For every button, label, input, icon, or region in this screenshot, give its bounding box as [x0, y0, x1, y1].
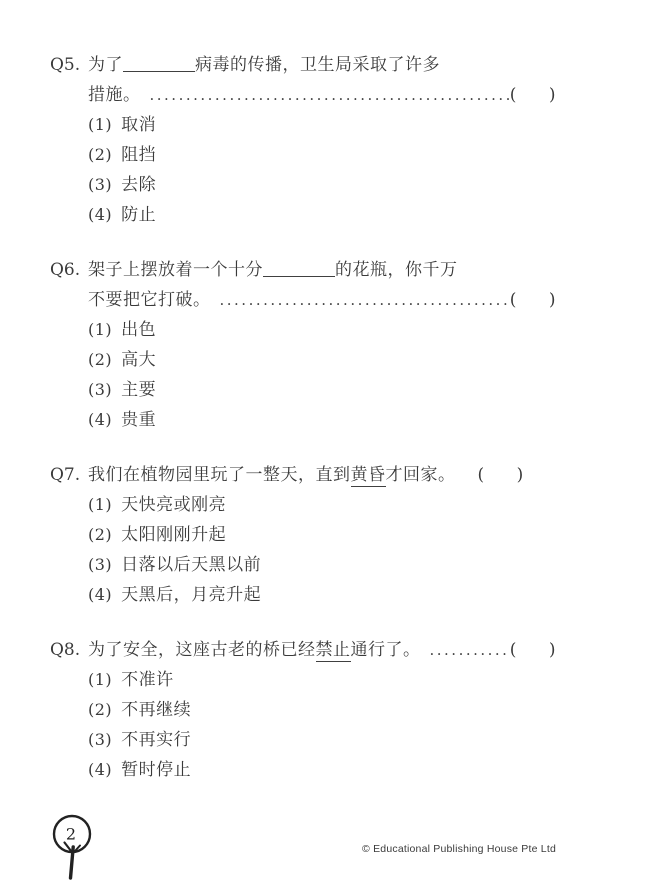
option-text: 不准许	[121, 670, 174, 690]
question-label: Q7.	[50, 460, 88, 490]
option-number: (1)	[88, 315, 112, 345]
option-number: (1)	[88, 110, 112, 140]
option-row: (2)高大	[88, 345, 556, 375]
question-q7: Q7. 我们在植物园里玩了一整天，直到黄昏才回家。() (1)天快亮或刚亮 (2…	[50, 460, 556, 610]
blank-underline	[263, 276, 335, 277]
question-line-2: 措施。 ....................................…	[88, 80, 556, 110]
option-number: (4)	[88, 755, 112, 785]
answer-bracket: ()	[510, 285, 556, 315]
option-number: (4)	[88, 405, 112, 435]
option-row: (1)取消	[88, 110, 556, 140]
bracket-open: (	[510, 640, 517, 660]
option-row: (3)去除	[88, 170, 556, 200]
option-row: (4)防止	[88, 200, 556, 230]
option-text: 去除	[121, 175, 156, 195]
question-q5: Q5. 为了病毒的传播，卫生局采取了许多 措施。 ...............…	[50, 50, 556, 230]
underlined-word: 黄昏	[351, 465, 386, 487]
question-line-1: 为了病毒的传播，卫生局采取了许多	[88, 50, 556, 80]
question-text: 措施。	[88, 80, 141, 110]
question-text: 为了安全，这座古老的桥已经禁止通行了。	[88, 635, 421, 665]
question-q6: Q6. 架子上摆放着一个十分的花瓶，你千万 不要把它打破。 ..........…	[50, 255, 556, 435]
bracket-close: )	[549, 85, 556, 105]
option-text: 不再实行	[121, 730, 191, 750]
tree-logo: 2	[46, 812, 98, 884]
question-text: 为了安全，这座古老的桥已经	[88, 640, 316, 660]
option-number: (3)	[88, 375, 112, 405]
dotted-leader: ........................................…	[430, 635, 510, 665]
question-label: Q6.	[50, 255, 88, 285]
question-line-1: 我们在植物园里玩了一整天，直到黄昏才回家。()	[88, 460, 556, 490]
option-number: (2)	[88, 345, 112, 375]
question-text: 通行了。	[351, 640, 421, 660]
blank-underline	[123, 71, 195, 72]
option-text: 天快亮或刚亮	[121, 495, 226, 515]
worksheet-page: Q5. 为了病毒的传播，卫生局采取了许多 措施。 ...............…	[50, 50, 556, 810]
option-row: (1)不准许	[88, 665, 556, 695]
answer-bracket: ()	[510, 80, 556, 110]
option-text: 高大	[121, 350, 156, 370]
question-text: 架子上摆放着一个十分	[88, 260, 263, 280]
option-text: 出色	[121, 320, 156, 340]
question-line-2: 不要把它打破。 ................................…	[88, 285, 556, 315]
bracket-open: (	[478, 465, 485, 485]
question-text: 不要把它打破。	[88, 285, 211, 315]
question-line-1: 架子上摆放着一个十分的花瓶，你千万	[88, 255, 556, 285]
question-body: 为了病毒的传播，卫生局采取了许多 措施。 ...................…	[88, 50, 556, 230]
option-number: (3)	[88, 725, 112, 755]
option-row: (1)出色	[88, 315, 556, 345]
option-text: 主要	[121, 380, 156, 400]
option-text: 阻挡	[121, 145, 156, 165]
option-number: (1)	[88, 490, 112, 520]
option-number: (1)	[88, 665, 112, 695]
option-number: (2)	[88, 695, 112, 725]
question-body: 架子上摆放着一个十分的花瓶，你千万 不要把它打破。 ..............…	[88, 255, 556, 435]
dotted-leader: ........................................…	[150, 80, 510, 110]
option-text: 太阳刚刚升起	[121, 525, 226, 545]
question-body: 我们在植物园里玩了一整天，直到黄昏才回家。() (1)天快亮或刚亮 (2)太阳刚…	[88, 460, 556, 610]
option-row: (4)暂时停止	[88, 755, 556, 785]
copyright-text: © Educational Publishing House Pte Ltd	[362, 843, 556, 855]
option-number: (3)	[88, 550, 112, 580]
underlined-word: 禁止	[316, 640, 351, 662]
option-text: 天黑后，月亮升起	[121, 585, 261, 605]
question-label: Q8.	[50, 635, 88, 665]
option-number: (2)	[88, 140, 112, 170]
bracket-close: )	[517, 465, 524, 485]
option-row: (2)太阳刚刚升起	[88, 520, 556, 550]
option-number: (2)	[88, 520, 112, 550]
option-text: 不再继续	[121, 700, 191, 720]
page-number: 2	[66, 825, 76, 844]
answer-bracket: ()	[478, 465, 524, 485]
option-row: (3)不再实行	[88, 725, 556, 755]
bracket-open: (	[510, 290, 517, 310]
answer-bracket: ()	[510, 635, 556, 665]
option-row: (3)日落以后天黑以前	[88, 550, 556, 580]
option-row: (1)天快亮或刚亮	[88, 490, 556, 520]
question-text: 才回家。	[386, 465, 456, 485]
bracket-open: (	[510, 85, 517, 105]
tree-logo-graphic: 2	[46, 812, 98, 880]
bracket-close: )	[549, 290, 556, 310]
option-row: (3)主要	[88, 375, 556, 405]
question-text: 为了	[88, 55, 123, 75]
question-body: 为了安全，这座古老的桥已经禁止通行了。 ....................…	[88, 635, 556, 785]
option-text: 防止	[121, 205, 156, 225]
question-line-1: 为了安全，这座古老的桥已经禁止通行了。 ....................…	[88, 635, 556, 665]
option-number: (3)	[88, 170, 112, 200]
question-text: 的花瓶，你千万	[335, 260, 458, 280]
question-text: 病毒的传播，卫生局采取了许多	[195, 55, 440, 75]
option-text: 取消	[121, 115, 156, 135]
option-row: (2)阻挡	[88, 140, 556, 170]
question-label: Q5.	[50, 50, 88, 80]
bracket-close: )	[549, 640, 556, 660]
option-text: 暂时停止	[121, 760, 191, 780]
option-row: (2)不再继续	[88, 695, 556, 725]
option-text: 日落以后天黑以前	[121, 555, 261, 575]
option-text: 贵重	[121, 410, 156, 430]
option-number: (4)	[88, 200, 112, 230]
question-text: 我们在植物园里玩了一整天，直到	[88, 465, 351, 485]
option-row: (4)天黑后，月亮升起	[88, 580, 556, 610]
option-number: (4)	[88, 580, 112, 610]
option-row: (4)贵重	[88, 405, 556, 435]
dotted-leader: ........................................…	[220, 285, 510, 315]
question-q8: Q8. 为了安全，这座古老的桥已经禁止通行了。 ................…	[50, 635, 556, 785]
